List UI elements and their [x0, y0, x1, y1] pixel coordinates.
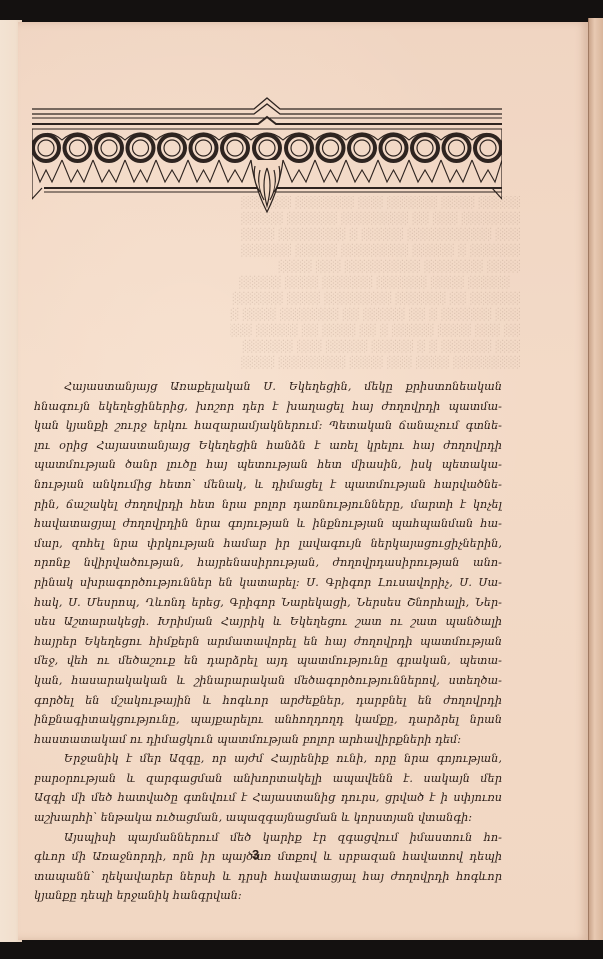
text-line: գործել են մշակութային և հոգևոր արժեքներ,… — [34, 691, 502, 711]
text-line: րին, ճաշակել ժողովրդի հետ նրա բոլոր դառն… — [34, 495, 502, 515]
text-line: հավատացյալ ժողովրդին նրա գոյության և ինք… — [34, 514, 502, 534]
text-line: հաստատակամ ու դիմացկուն պատմության բոլոր… — [34, 730, 502, 750]
text-line: լու օրից Հայաստանյայց Եկեղեցին հանձն է ա… — [34, 436, 502, 456]
text-line: կան, հասարակական և շինարարական մեծագործո… — [34, 671, 502, 691]
text-line: սես Աշտարակեցի. Խրիմյան Հայրիկ և Եկեղեցո… — [34, 612, 502, 632]
text-line: որոնք նվիրվածության, հայրենասիրության, ժ… — [34, 553, 502, 573]
page-number: 3 — [252, 847, 259, 862]
text-line: Ազգի մի մեծ հատվածը գտնվում է Հայաստանից… — [34, 788, 502, 808]
text-line: պատմության ծանր լուծը հայ պետության հետ … — [34, 455, 502, 475]
text-line: ինքնագիտակցությունը, պայքարելու անհողդող… — [34, 710, 502, 730]
decorative-header-ornament — [32, 96, 502, 216]
text-line: հնագույն եկեղեցիներից, խոշոր դեր է խաղաց… — [34, 397, 502, 417]
text-line: կյանքը դեպի երջանիկ հանգրվան։ — [34, 886, 502, 906]
text-line: բարօրության և զարգացման անխորտակելի ապավ… — [34, 769, 502, 789]
text-line: նության անկումից հետո՝ մենակ, և դիմացել … — [34, 475, 502, 495]
body-text: Հայաստանյայց Առաքելական Ս. Եկեղեցին, մեկ… — [34, 377, 502, 906]
text-line: կան կյանքի շուրջ երկու հազարամյակներում։… — [34, 416, 502, 436]
text-line: աշխարհի՝ ենթակա ուծացման, ապազգայնացման … — [34, 808, 502, 828]
text-line: մար, զոհել նրա փրկության համար իր լավագո… — [34, 534, 502, 554]
text-line: տապանն՝ ղեկավարեր ներսի և դրսի հավատացյա… — [34, 867, 502, 887]
text-line: Երջանիկ է մեր Ազգը, որ այժմ Հայրենիք ուն… — [34, 749, 502, 769]
text-line: հայրեր Եկեղեցու հիմքերն արմատավորել են հ… — [34, 632, 502, 652]
text-line: գևոր մի Առաջնորդի, որն իր պայծառ մտքով և… — [34, 847, 502, 867]
text-line: հակ, Ս. Մեսրոպ, Ղևոնդ երեց, Գրիգոր Նարեկ… — [34, 593, 502, 613]
page-fore-edge — [588, 18, 603, 940]
text-line: րինակ սխրագործություններ են կատարել։ Ս. … — [34, 573, 502, 593]
text-line: Այսպիսի պայմաններում մեծ կարիք էր զգացվո… — [34, 828, 502, 848]
bleed-through-text: ░░░░░ ░░░░ ░░░░░░ ░░░ ░░░░░░░ ░░░░░░ ░░░… — [230, 195, 520, 371]
text-line: Հայաստանյայց Առաքելական Ս. Եկեղեցին, մեկ… — [34, 377, 502, 397]
text-line: մեջ, վեհ ու մեծաշուք են դարձրել այդ պատմ… — [34, 651, 502, 671]
scanned-page-image: ░░░░░ ░░░░ ░░░░░░ ░░░ ░░░░░░░ ░░░░░░ ░░░… — [0, 0, 603, 959]
